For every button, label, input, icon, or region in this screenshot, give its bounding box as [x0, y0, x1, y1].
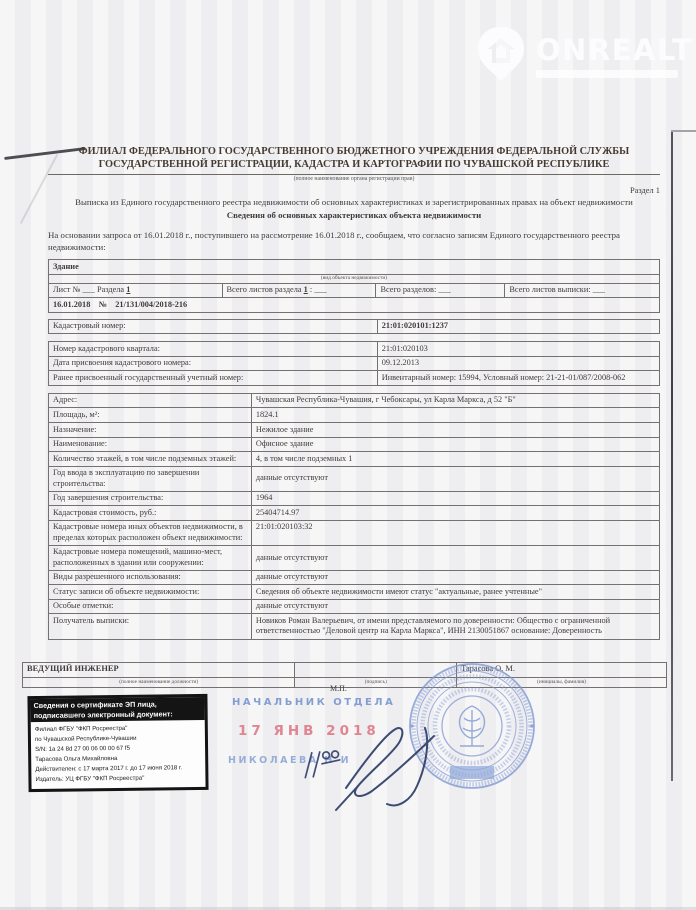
label-cell: Кадастровые номера помещений, машино-мес…	[49, 545, 252, 570]
signature-certificate-box: Сведения о сертификате ЭП лица, подписав…	[27, 694, 208, 792]
table-row: Год ввода в эксплуатацию по завершении с…	[49, 466, 660, 491]
table-row: Лист № ___ Раздела 1 Всего листов раздел…	[49, 283, 660, 298]
table-row: ВЕДУЩИЙ ИНЖЕНЕР Тарасова О. М.	[23, 663, 667, 678]
object-header-table: Здание (вид объекта недвижимости) Лист №…	[48, 259, 660, 312]
certificate-title-line2: подписавшего электронный документ:	[34, 709, 202, 721]
document-scan-page: { "watermark": { "brand": "ONREALT" }, "…	[0, 0, 696, 910]
value-cell: 21:01:020103	[377, 342, 659, 357]
table-row: Количество этажей, в том числе подземных…	[49, 452, 660, 467]
table-row: Дата присвоения кадастрового номера: 09.…	[49, 356, 660, 371]
value-cell: Инвентарный номер: 15994, Условный номер…	[377, 371, 659, 386]
certificate-line: Действителен: с 17 марта 2017 г. до 17 и…	[35, 763, 201, 775]
seal-place-label: М.П.	[330, 684, 347, 693]
value-cell: Сведения об объекте недвижимости имеют с…	[251, 585, 659, 600]
position-caption-cell: (полное наименование должности)	[23, 678, 295, 688]
value-cell: 25404714.97	[251, 506, 659, 521]
watermark-logo: ONREALT	[476, 26, 693, 82]
value-cell: 09.12.2013	[377, 356, 659, 371]
label-cell: Виды разрешенного использования:	[49, 570, 252, 585]
label-cell: Адрес:	[49, 393, 252, 408]
label-cell: Площадь, м²:	[49, 408, 252, 423]
onrealt-pin-house-icon	[476, 26, 526, 82]
watermark-brand-text: ONREALT	[536, 36, 693, 65]
value-cell: Офисное здание	[251, 437, 659, 452]
registration-number-cell: 16.01.2018 № 21/131/004/2018-216	[49, 298, 660, 313]
watermark-tagline-bar	[536, 70, 678, 78]
label-cell: Дата присвоения кадастрового номера:	[49, 356, 378, 371]
label-cell: Кадастровые номера иных объектов недвижи…	[49, 520, 252, 545]
sheet-cell: Всего листов выписки: ___	[505, 283, 660, 298]
sheet-cell-suffix: : ___	[308, 285, 327, 294]
object-details-table: Адрес: Чувашская Республика-Чувашия, г Ч…	[48, 393, 660, 640]
object-type-cell: Здание	[49, 260, 660, 275]
table-row: Номер кадастрового квартала: 21:01:02010…	[49, 342, 660, 357]
label-cell: Получатель выписки:	[49, 614, 252, 639]
sheet-cell-label: Всего листов выписки:	[509, 285, 590, 294]
value-cell: Чувашская Республика-Чувашия, г Чебоксар…	[251, 393, 659, 408]
table-row: Особые отметки: данные отсутствуют	[49, 599, 660, 614]
value-cell: 1824.1	[251, 408, 659, 423]
table-row: Наименование: Офисное здание	[49, 437, 660, 452]
label-cell: Назначение:	[49, 423, 252, 438]
label-cell: Особые отметки:	[49, 599, 252, 614]
sheet-cell-label: Всего разделов:	[380, 285, 436, 294]
label-cell: Кадастровая стоимость, руб.:	[49, 506, 252, 521]
object-type-caption-cell: (вид объекта недвижимости)	[49, 274, 660, 283]
sheet-cell-suffix: ___	[436, 285, 451, 294]
table-row: Назначение: Нежилое здание	[49, 423, 660, 438]
org-name-heading: ФИЛИАЛ ФЕДЕРАЛЬНОГО ГОСУДАРСТВЕННОГО БЮД…	[48, 145, 660, 175]
table-row: Адрес: Чувашская Республика-Чувашия, г Ч…	[49, 393, 660, 408]
sheet-cell-label: Всего листов раздела	[227, 285, 302, 294]
table-row: Ранее присвоенный государственный учетны…	[49, 371, 660, 386]
sheet-cell: Лист № ___ Раздела 1	[49, 283, 223, 298]
label-cell: Статус записи об объекте недвижимости:	[49, 585, 252, 600]
scan-edge-tick	[671, 130, 696, 132]
sheet-cell: Всего разделов: ___	[376, 283, 505, 298]
signatory-position-cell: ВЕДУЩИЙ ИНЖЕНЕР	[23, 663, 295, 678]
label-cell: Номер кадастрового квартала:	[49, 342, 378, 357]
table-row: Кадастровая стоимость, руб.: 25404714.97	[49, 506, 660, 521]
document-body: ФИЛИАЛ ФЕДЕРАЛЬНОГО ГОСУДАРСТВЕННОГО БЮД…	[48, 145, 660, 640]
value-cell: 4, в том числе подземных 1	[251, 452, 659, 467]
value-cell: Нежилое здание	[251, 423, 659, 438]
label-cell: Количество этажей, в том числе подземных…	[49, 452, 252, 467]
sheet-cell-num: 1	[126, 285, 130, 294]
table-row: Здание	[49, 260, 660, 275]
sheet-cell: Всего листов раздела 1 : ___	[222, 283, 376, 298]
value-cell: данные отсутствуют	[251, 545, 659, 570]
label-cell: Ранее присвоенный государственный учетны…	[49, 371, 378, 386]
table-row: Кадастровые номера помещений, машино-мес…	[49, 545, 660, 570]
preamble-text: На основании запроса от 16.01.2018 г., п…	[48, 229, 660, 254]
value-cell: 1964	[251, 491, 659, 506]
section-label: Раздел 1	[48, 186, 660, 195]
cadastral-number-table: Кадастровый номер: 21:01:020101:1237	[48, 319, 660, 335]
value-cell: данные отсутствуют	[251, 466, 659, 491]
scan-edge-line	[671, 131, 673, 781]
label-cell: Год ввода в эксплуатацию по завершении с…	[49, 466, 252, 491]
label-cell: Кадастровый номер:	[49, 319, 378, 334]
table-row: Площадь, м²: 1824.1	[49, 408, 660, 423]
position-stamp: НАЧАЛЬНИК ОТДЕЛА	[232, 697, 395, 708]
table-row: Статус записи об объекте недвижимости: С…	[49, 585, 660, 600]
value-cell: 21:01:020101:1237	[377, 319, 659, 334]
value-cell: данные отсутствуют	[251, 570, 659, 585]
table-row: 16.01.2018 № 21/131/004/2018-216	[49, 298, 660, 313]
table-row: Кадастровый номер: 21:01:020101:1237	[49, 319, 660, 334]
certificate-box-title: Сведения о сертификате ЭП лица, подписав…	[30, 697, 204, 723]
label-cell: Наименование:	[49, 437, 252, 452]
table-row: Виды разрешенного использования: данные …	[49, 570, 660, 585]
doc-title-line2: Сведения об основных характеристиках объ…	[48, 210, 660, 220]
cadastral-quarter-table: Номер кадастрового квартала: 21:01:02010…	[48, 341, 660, 386]
org-name-caption: (полное наименование органа регистрации …	[48, 176, 660, 182]
sheet-cell-label: Лист № ___ Раздела	[53, 285, 124, 294]
label-cell: Год завершения строительства:	[49, 491, 252, 506]
handwritten-signature	[328, 708, 463, 813]
certificate-box-body: Филиал ФГБУ "ФКП Росреестра" по Чувашско…	[31, 720, 206, 788]
doc-title-line1: Выписка из Единого государственного реес…	[48, 197, 660, 207]
table-row: Год завершения строительства: 1964	[49, 491, 660, 506]
value-cell: данные отсутствуют	[251, 599, 659, 614]
sheet-cell-suffix: ___	[591, 285, 606, 294]
value-cell: Новиков Роман Валерьевич, от имени предс…	[251, 614, 659, 639]
table-row: (вид объекта недвижимости)	[49, 274, 660, 283]
value-cell: 21:01:020103:32	[251, 520, 659, 545]
certificate-line: Издатель: УЦ ФГБУ "ФКП Росреестра"	[35, 773, 201, 785]
table-row: Получатель выписки: Новиков Роман Валерь…	[49, 614, 660, 639]
table-row: Кадастровые номера иных объектов недвижи…	[49, 520, 660, 545]
handwritten-time-mark	[294, 742, 346, 787]
